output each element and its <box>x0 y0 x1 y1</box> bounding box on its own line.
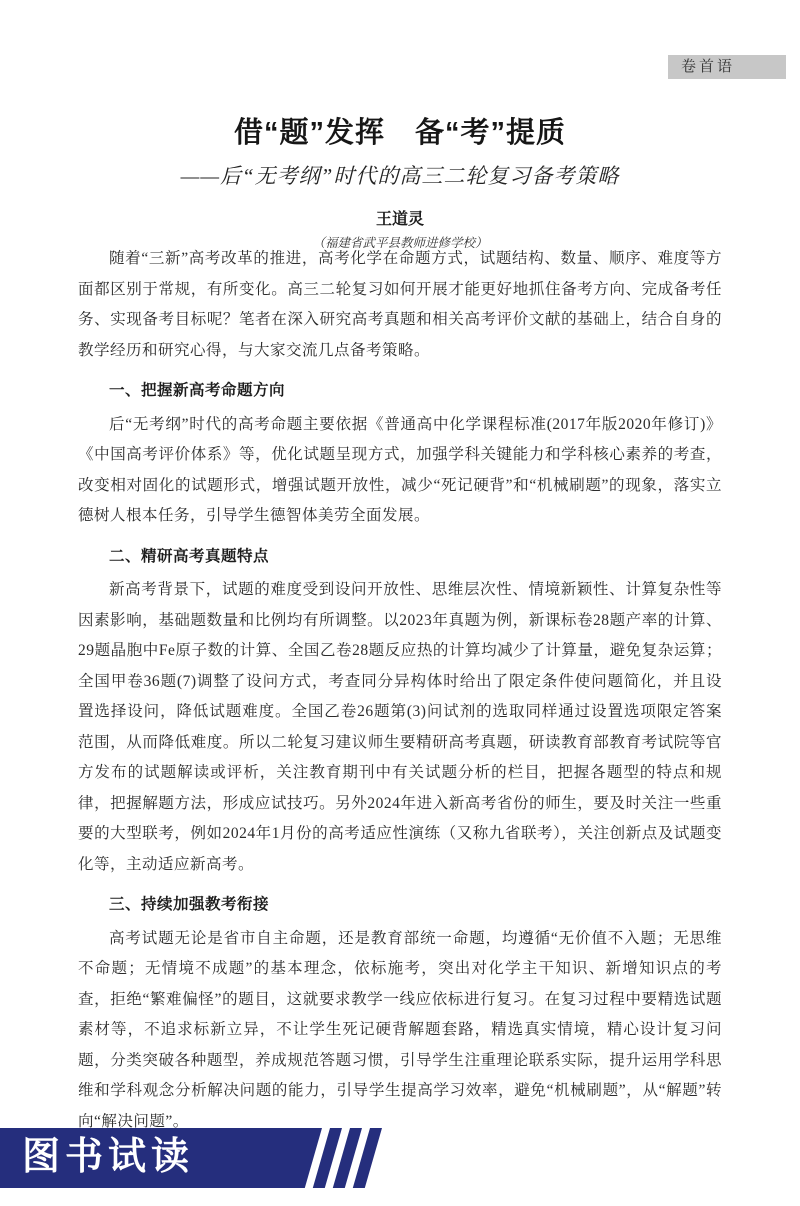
section-1-paragraph: 后“无考纲”时代的高考命题主要依据《普通高中化学课程标准(2017年版2020年… <box>78 410 722 532</box>
footer-banner: 图书试读 <box>0 1128 800 1188</box>
column-badge: 卷首语 <box>668 55 786 79</box>
banner-label: 图书试读 <box>22 1128 194 1188</box>
section-2-paragraph: 新高考背景下，试题的难度受到设问开放性、思维层次性、情境新颖性、计算复杂性等因素… <box>78 575 722 880</box>
article-header: 借“题”发挥 备“考”提质 ——后“无考纲”时代的高三二轮复习备考策略 王道灵 … <box>0 110 800 251</box>
section-1-heading: 一、把握新高考命题方向 <box>78 376 722 407</box>
section-2-heading: 二、精研高考真题特点 <box>78 542 722 573</box>
article-title: 借“题”发挥 备“考”提质 <box>0 110 800 151</box>
section-3-paragraph: 高考试题无论是省市自主命题，还是教育部统一命题，均遵循“无价值不入题；无思维不命… <box>78 924 722 1138</box>
article-body: 随着“三新”高考改革的推进，高考化学在命题方式，试题结构、数量、顺序、难度等方面… <box>78 244 722 1137</box>
page: 卷首语 借“题”发挥 备“考”提质 ——后“无考纲”时代的高三二轮复习备考策略 … <box>0 0 800 1206</box>
author-name: 王道灵 <box>0 206 800 229</box>
article-subtitle: ——后“无考纲”时代的高三二轮复习备考策略 <box>0 160 800 190</box>
section-3-heading: 三、持续加强教考衔接 <box>78 890 722 921</box>
intro-paragraph: 随着“三新”高考改革的推进，高考化学在命题方式，试题结构、数量、顺序、难度等方面… <box>78 244 722 366</box>
